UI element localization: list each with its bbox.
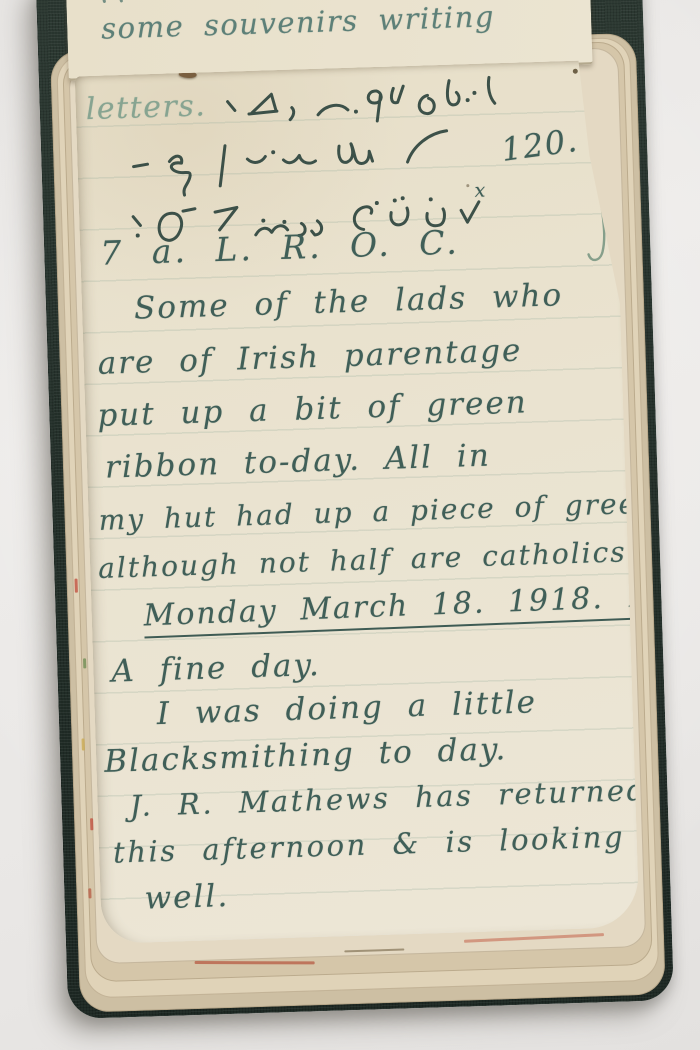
handwritten-line: J. R. Mathews has returned [129,773,640,823]
paper-speck [573,69,578,74]
paper-speck [466,184,469,187]
handwritten-line: are of Irish parentage [97,333,523,382]
handwritten-line: well. [144,878,230,917]
handwritten-line: put up a bit of green [97,384,528,434]
handwritten-line: 7 a. L. R. O. C. [100,222,461,272]
previous-page-text: some souvenirs writing [101,0,496,46]
handwritten-line: I was doing a little [156,684,537,732]
handwritten-line: my hut had up a piece of green [98,486,640,537]
handwritten-line: this afternoon & is looking [113,820,626,870]
handwritten-line: Blacksmithing to day. [104,731,508,780]
handwritten-line: Some of the lads who [133,277,563,326]
diary-notebook: some souvenirs writing letters. [13,0,687,1050]
shorthand-label: letters. [85,88,207,127]
handwritten-line: although not half are catholics. [98,535,638,585]
shorthand-x-mark: x [474,180,487,202]
diary-page: letters. [75,60,640,944]
handwritten-line: ribbon to-day. All in [104,438,491,486]
handwritten-line: A fine day. [111,647,321,690]
shorthand-number: 120. [499,121,581,169]
date-heading: Monday March 18. 1918. 1323. [143,576,640,638]
